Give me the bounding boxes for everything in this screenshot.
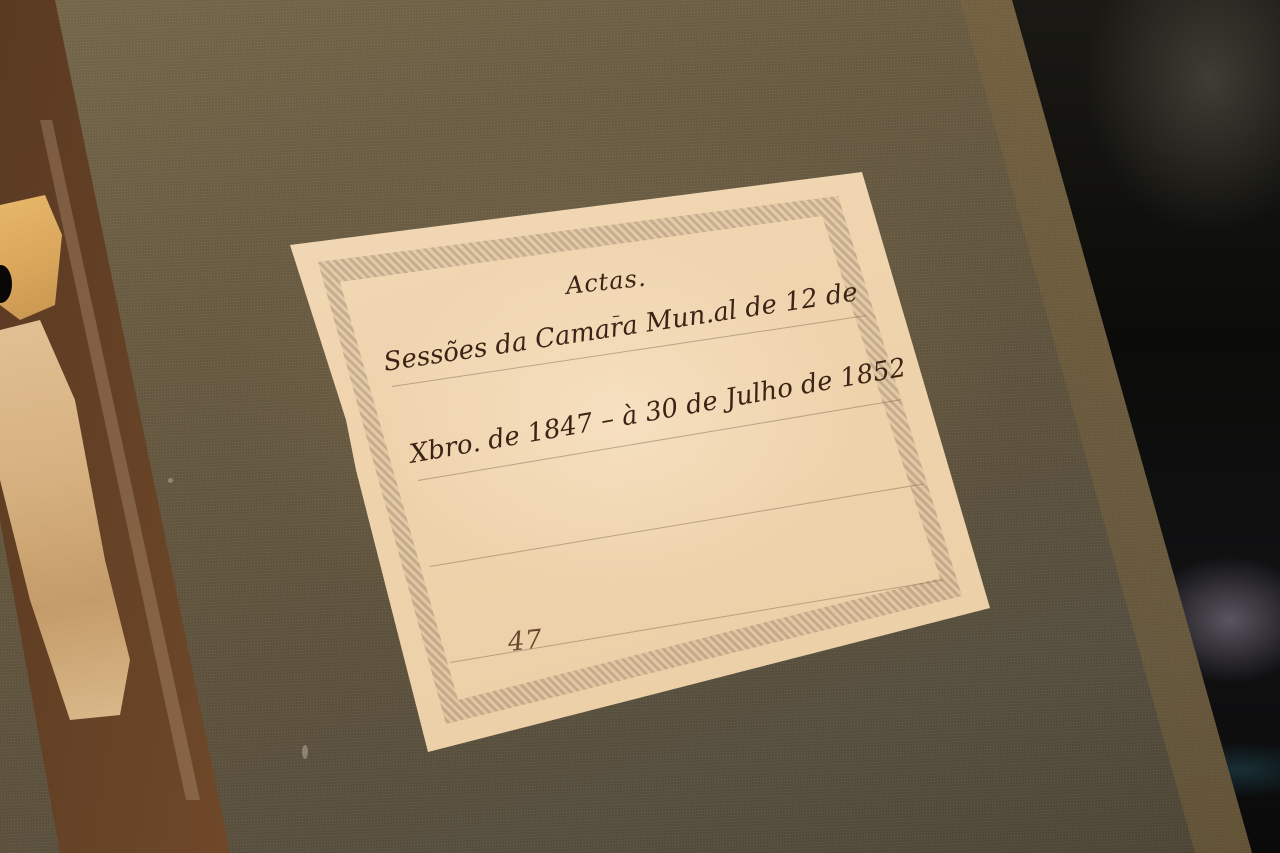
photo-scene: Actas. – Sessões da Camara Mun.al de 12 …	[0, 0, 1280, 853]
spine-tape-top	[0, 195, 62, 320]
dust-speck	[168, 478, 173, 483]
label-volume-number: 47	[506, 624, 544, 658]
dust-speck	[302, 745, 308, 759]
